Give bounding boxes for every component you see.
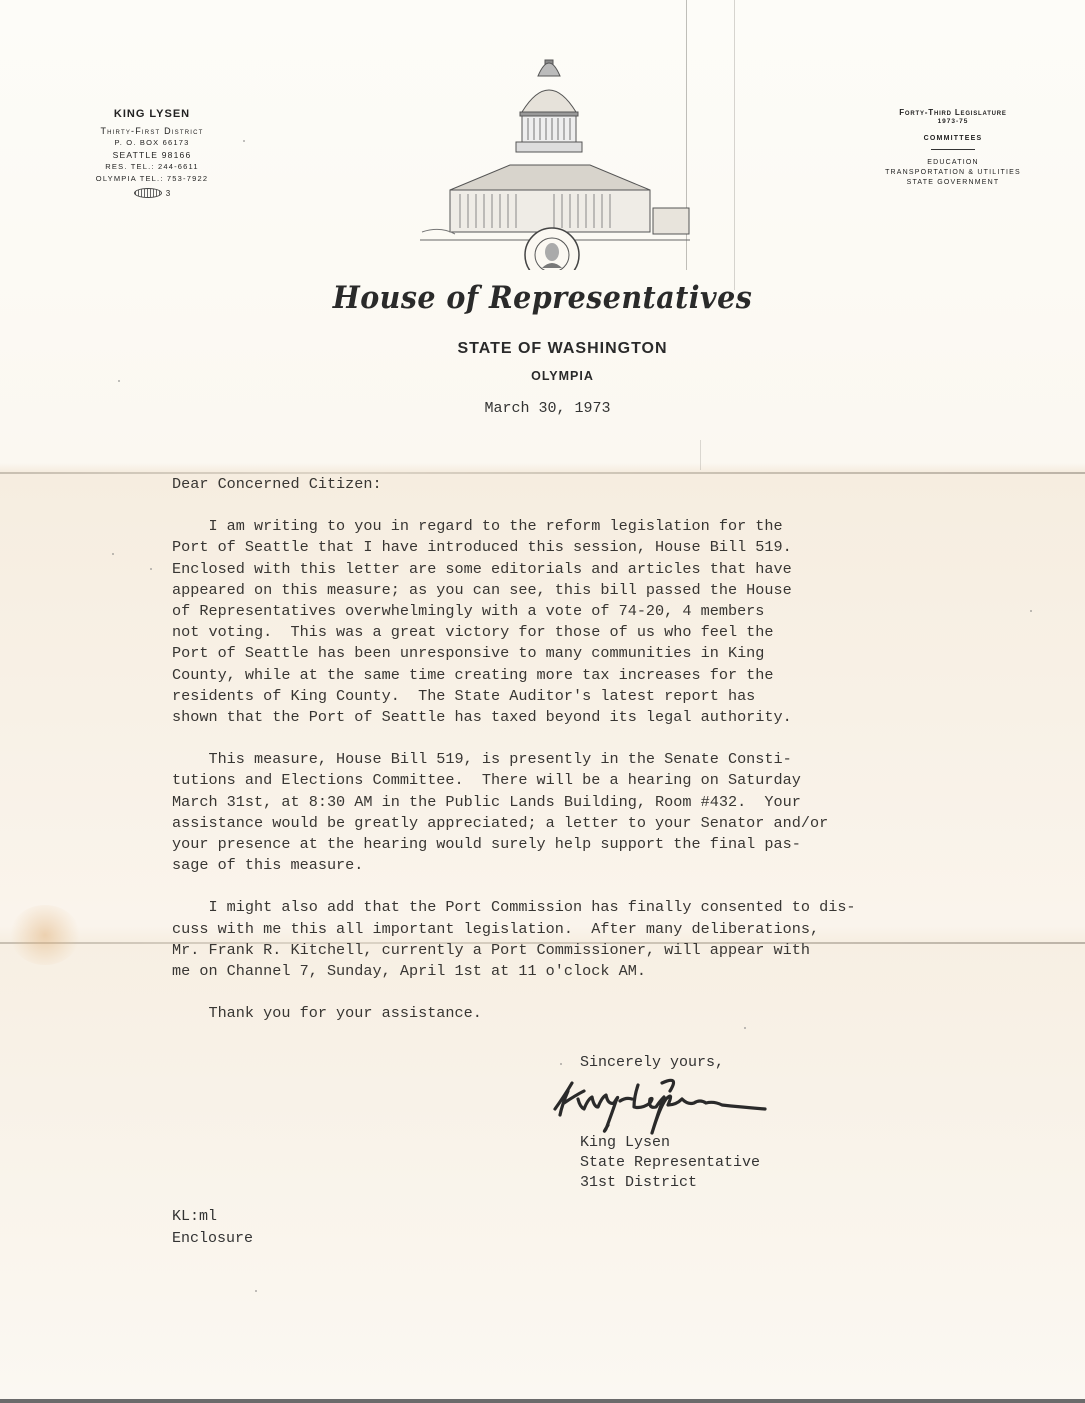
po-box: P. O. BOX 66173 xyxy=(72,137,232,149)
signer-district: 31st District xyxy=(580,1173,760,1193)
letter-paragraphs: I am writing to you in regard to the ref… xyxy=(172,516,1012,1024)
union-label-number: 3 xyxy=(166,189,170,198)
paragraph-line: tutions and Elections Committee. There w… xyxy=(172,770,1012,791)
union-label: 3 xyxy=(134,188,170,198)
paragraph-line: residents of King County. The State Audi… xyxy=(172,686,1012,707)
enclosure-note: Enclosure xyxy=(172,1228,253,1250)
state-seal-icon xyxy=(525,228,579,270)
paragraph-line: of Representatives overwhelmingly with a… xyxy=(172,601,1012,622)
res-tel: RES. TEL.: 244-6611 xyxy=(72,161,232,173)
signer-title: State Representative xyxy=(580,1153,760,1173)
paragraph-line: shown that the Port of Seattle has taxed… xyxy=(172,707,1012,728)
paragraph-line: Port of Seattle has been unresponsive to… xyxy=(172,643,1012,664)
house-title: House of Representatives xyxy=(43,280,1041,316)
paragraph-line: appeared on this measure; as you can see… xyxy=(172,580,1012,601)
paragraph-line: I am writing to you in regard to the ref… xyxy=(172,516,1012,537)
salutation: Dear Concerned Citizen: xyxy=(172,474,1012,495)
sender-name: KING LYSEN xyxy=(72,108,232,120)
capitol-illustration xyxy=(410,40,710,270)
page-bottom-edge xyxy=(0,1399,1085,1403)
city-zip: SEATTLE 98166 xyxy=(72,149,232,161)
paragraph-line: not voting. This was a great victory for… xyxy=(172,622,1012,643)
union-bug-icon xyxy=(134,188,162,198)
sender-letterhead: KING LYSEN Thirty-First District P. O. B… xyxy=(72,108,232,203)
capitol-building-icon xyxy=(410,40,710,270)
paragraph-line: me on Channel 7, Sunday, April 1st at 11… xyxy=(172,961,1012,982)
paragraph-line: Port of Seattle that I have introduced t… xyxy=(172,537,1012,558)
legislature-name: Forty-Third Legislature xyxy=(855,108,1051,117)
letter-paragraph: Thank you for your assistance. xyxy=(172,1003,1012,1024)
paragraph-line: Enclosed with this letter are some edito… xyxy=(172,559,1012,580)
paragraph-line: your presence at the hearing would surel… xyxy=(172,834,1012,855)
committee-item: EDUCATION xyxy=(855,158,1051,168)
scan-line xyxy=(734,0,735,290)
paragraph-line: March 31st, at 8:30 AM in the Public Lan… xyxy=(172,792,1012,813)
paragraph-line: County, while at the same time creating … xyxy=(172,665,1012,686)
state-name: STATE OF WASHINGTON xyxy=(0,340,1085,358)
signature-icon xyxy=(550,1069,830,1139)
committee-item: TRANSPORTATION & UTILITIES xyxy=(855,168,1051,178)
legislature-letterhead: Forty-Third Legislature 1973-75 COMMITTE… xyxy=(855,108,1051,188)
letter-body: Dear Concerned Citizen: I am writing to … xyxy=(172,474,1012,1045)
letter-paragraph: I might also add that the Port Commissio… xyxy=(172,897,1012,982)
signature-block: Sincerely yours, King Lysen State Repres… xyxy=(580,1053,760,1193)
paragraph-line: cuss with me this all important legislat… xyxy=(172,919,1012,940)
paragraph-line: sage of this measure. xyxy=(172,855,1012,876)
paragraph-line: assistance would be greatly appreciated;… xyxy=(172,813,1012,834)
letter-paragraph: I am writing to you in regard to the ref… xyxy=(172,516,1012,728)
committees-divider xyxy=(931,149,975,150)
olympia-tel: OLYMPIA TEL.: 753-7922 xyxy=(72,173,232,185)
committee-item: STATE GOVERNMENT xyxy=(855,178,1051,188)
paragraph-line: Mr. Frank R. Kitchell, currently a Port … xyxy=(172,940,1012,961)
sender-district: Thirty-First District xyxy=(72,125,232,137)
committees-heading: COMMITTEES xyxy=(855,135,1051,142)
handwritten-signature xyxy=(550,1075,760,1137)
scan-line xyxy=(700,440,701,470)
paper-stain xyxy=(10,905,80,965)
reference-block: KL:ml Enclosure xyxy=(172,1206,253,1250)
paragraph-line: I might also add that the Port Commissio… xyxy=(172,897,1012,918)
paragraph-line: Thank you for your assistance. xyxy=(172,1003,1012,1024)
city-name: OLYMPIA xyxy=(0,369,1085,383)
letter-paragraph: This measure, House Bill 519, is present… xyxy=(172,749,1012,876)
reference-initials: KL:ml xyxy=(172,1206,253,1228)
legislature-years: 1973-75 xyxy=(855,118,1051,125)
letter-date: March 30, 1973 xyxy=(0,400,1085,417)
paragraph-line: This measure, House Bill 519, is present… xyxy=(172,749,1012,770)
